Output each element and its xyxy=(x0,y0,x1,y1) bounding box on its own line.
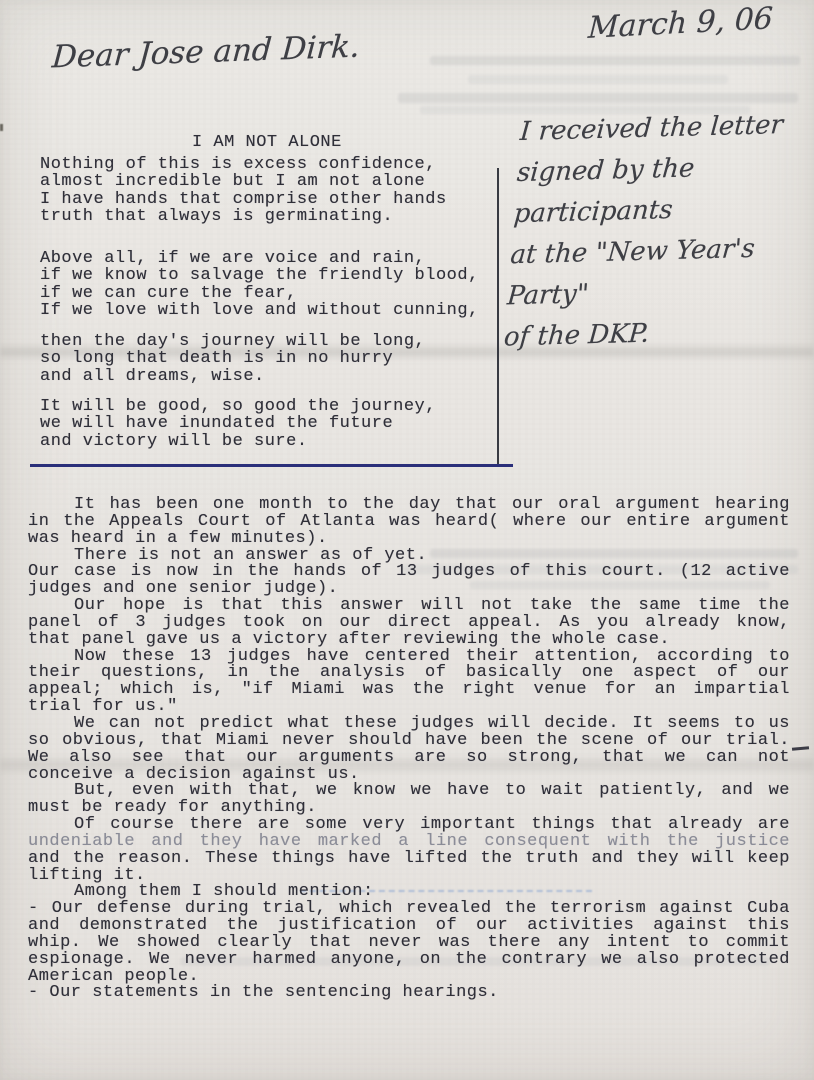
poem-line: then the day's journey will be long, xyxy=(40,333,425,350)
scan-speck xyxy=(0,124,3,131)
body-line-faded: undeniable and they have marked a line c… xyxy=(28,834,790,851)
poem-line: we will have inundated the future xyxy=(40,415,436,432)
bleed-through-text xyxy=(398,93,798,103)
poem-line: If we love with love and without cunning… xyxy=(40,302,479,319)
vertical-divider-rule xyxy=(497,168,499,464)
margin-note-line: at the "New Year's Party" xyxy=(506,227,814,318)
poem-line: almost incredible but I am not alone xyxy=(40,173,447,190)
poem-line: It will be good, so good the journey, xyxy=(40,398,436,415)
poem-line: if we can cure the fear, xyxy=(40,285,479,302)
poem-line: truth that always is germinating. xyxy=(40,208,447,225)
margin-note-line: I received the letter xyxy=(519,104,814,153)
handwritten-date: March 9, 06 xyxy=(587,1,774,46)
letter-body: It has been one month to the day that ou… xyxy=(28,497,790,1002)
pen-mark xyxy=(792,746,809,750)
handwritten-margin-note: I received the letter signed by the part… xyxy=(502,104,814,359)
poem-line: and victory will be sure. xyxy=(40,433,436,450)
poem-title: I AM NOT ALONE xyxy=(192,133,342,152)
poem-line: Above all, if we are voice and rain, xyxy=(40,250,479,267)
margin-note-line: signed by the participants xyxy=(512,145,814,236)
poem-line: if we know to salvage the friendly blood… xyxy=(40,267,479,284)
scanned-letter-page: March 9, 06 Dear Jose and Dirk. I receiv… xyxy=(0,0,814,1080)
poem-line: Nothing of this is excess confidence, xyxy=(40,156,447,173)
blue-underline-rule xyxy=(30,464,513,467)
poem-stanza-3: then the day's journey will be long, so … xyxy=(40,333,425,385)
handwritten-salutation: Dear Jose and Dirk. xyxy=(51,29,361,76)
bleed-through-text xyxy=(430,56,800,65)
poem-stanza-4: It will be good, so good the journey, we… xyxy=(40,398,436,450)
poem-line: and all dreams, wise. xyxy=(40,368,425,385)
body-line: was heard in a few minutes). xyxy=(28,531,790,548)
poem-stanza-2: Above all, if we are voice and rain, if … xyxy=(40,250,479,320)
poem-stanza-1: Nothing of this is excess confidence, al… xyxy=(40,156,447,226)
margin-note-line: of the DKP. xyxy=(502,309,814,358)
bleed-through-text xyxy=(468,75,728,84)
body-line: - Our statements in the sentencing heari… xyxy=(28,985,790,1002)
poem-line: so long that death is in no hurry xyxy=(40,350,425,367)
body-line: We also see that our arguments are so st… xyxy=(28,750,790,767)
poem-line: I have hands that comprise other hands xyxy=(40,191,447,208)
